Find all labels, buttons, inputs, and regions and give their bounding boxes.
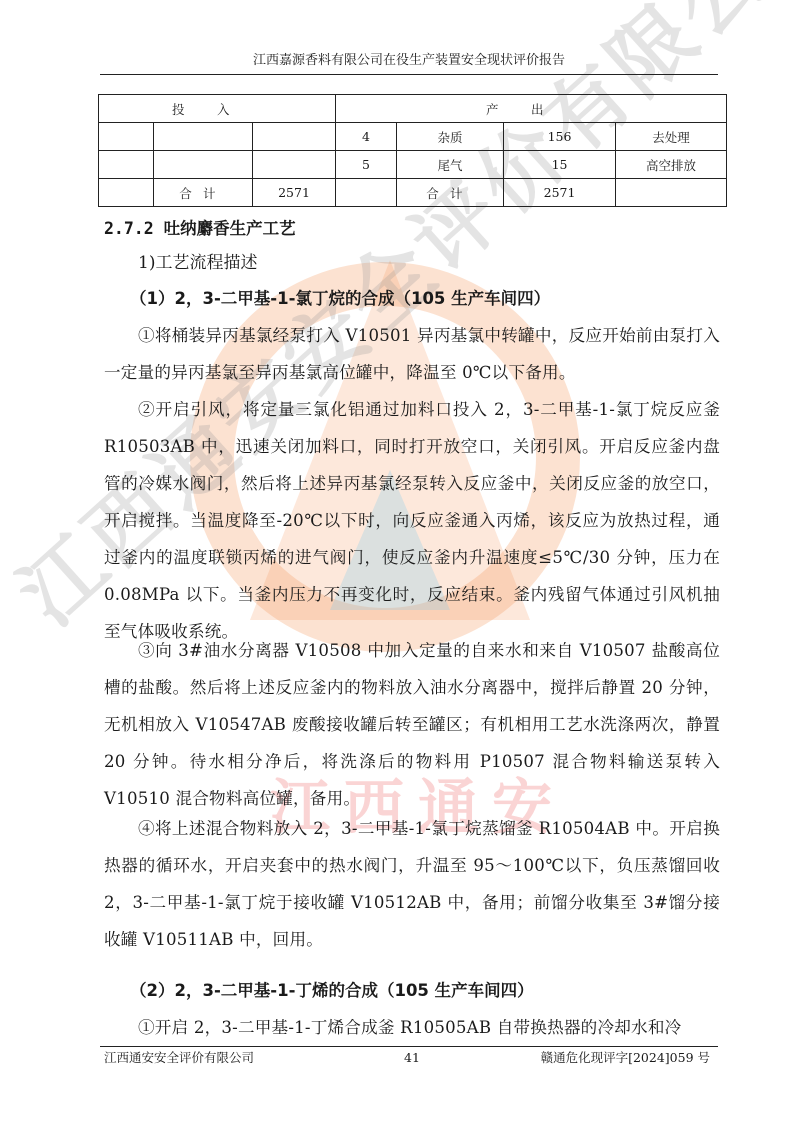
output-no-cell: 4 [336, 123, 397, 151]
table-row: 4 杂质 156 去处理 [99, 123, 727, 151]
output-name-cell: 尾气 [397, 151, 504, 179]
input-qty-cell [253, 123, 336, 151]
paragraph: ④将上述混合物料放入 2，3-二甲基-1-氯丁烷蒸馏釜 R10504AB 中。开… [104, 810, 720, 958]
output-destination-cell: 去处理 [616, 123, 727, 151]
input-total-qty: 2571 [253, 179, 336, 207]
input-name-cell [154, 123, 253, 151]
empty-cell [336, 179, 397, 207]
section-heading: 2.7.2 吐纳麝香生产工艺 [104, 210, 296, 247]
paragraph: ①开启 2，3-二甲基-1-丁烯合成釜 R10505AB 自带换热器的冷却水和冷 [104, 1009, 720, 1046]
output-header: 产出 [336, 95, 727, 123]
output-total-destination [616, 179, 727, 207]
input-header: 投入 [99, 95, 336, 123]
subsection-heading: 1)工艺流程描述 [138, 245, 257, 282]
document-number: 赣通危化现评字[2024]059 号 [541, 1049, 710, 1067]
input-total-label: 合计 [154, 179, 253, 207]
output-name-cell: 杂质 [397, 123, 504, 151]
paragraph: ①将桶装异丙基氯经泵打入 V10501 异丙基氯中转罐中，反应开始前由泵打入一定… [104, 317, 720, 391]
paragraph: ③向 3#油水分离器 V10508 中加入定量的自来水和来自 V10507 盐酸… [104, 632, 720, 817]
input-name-cell [154, 151, 253, 179]
output-total-qty: 2571 [504, 179, 616, 207]
table-header-row: 投入 产出 [99, 95, 727, 123]
empty-cell [99, 179, 154, 207]
page-header-title: 江西嘉源香料有限公司在役生产装置安全现状评价报告 [100, 52, 718, 70]
input-no-cell [99, 151, 154, 179]
output-total-label: 合计 [397, 179, 504, 207]
material-balance-table: 投入 产出 4 杂质 156 去处理 5 尾气 15 高空排放 合计 2571 … [98, 94, 727, 207]
output-no-cell: 5 [336, 151, 397, 179]
footer-divider [100, 1046, 718, 1047]
table-total-row: 合计 2571 合计 2571 [99, 179, 727, 207]
part1-heading: （1）2，3-二甲基-1-氯丁烷的合成（105 生产车间四） [130, 280, 550, 317]
page: 江西嘉源香料有限公司在役生产装置安全现状评价报告 投入 产出 4 杂质 156 … [0, 0, 794, 1123]
footer-company: 江西通安安全评价有限公司 [104, 1049, 254, 1067]
output-destination-cell: 高空排放 [616, 151, 727, 179]
table-row: 5 尾气 15 高空排放 [99, 151, 727, 179]
input-no-cell [99, 123, 154, 151]
part2-heading: （2）2，3-二甲基-1-丁烯的合成（105 生产车间四） [130, 972, 534, 1009]
output-qty-cell: 15 [504, 151, 616, 179]
header-divider [100, 74, 718, 75]
input-qty-cell [253, 151, 336, 179]
paragraph: ②开启引风，将定量三氯化铝通过加料口投入 2，3-二甲基-1-氯丁烷反应釜 R1… [104, 391, 720, 650]
page-number: 41 [402, 1049, 422, 1067]
output-qty-cell: 156 [504, 123, 616, 151]
